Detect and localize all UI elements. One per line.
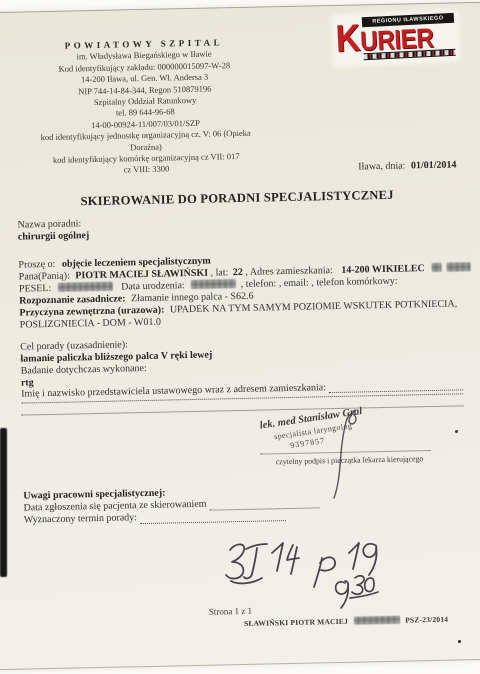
- hospital-letterhead: POWIATOWY SZPITAL im. Władysława Biegańs…: [4, 36, 287, 179]
- scan-speck: [458, 640, 461, 643]
- redacted-pesel: [58, 282, 113, 292]
- request-label: Proszę o:: [18, 259, 55, 271]
- dotted-line: [140, 511, 286, 524]
- place-label: Iława, dnia:: [358, 160, 405, 172]
- scanned-referral-sheet: POWIATOWY SZPITAL im. Władysława Biegańs…: [0, 2, 480, 670]
- scan-speck: [455, 430, 458, 433]
- doctor-stamp: lek. med Stanisław Gral specjalista lary…: [260, 417, 439, 466]
- logo-wordmark: KURIER: [335, 14, 435, 64]
- redacted-footer-id: [354, 616, 400, 625]
- footer-document-number: PSZ-23/2014: [405, 615, 448, 625]
- clinic-section: Nazwa poradni: chirurgii ogólnej: [18, 218, 90, 243]
- contact-labels: , telefon: , email: , telefon komórkowy:: [241, 276, 398, 290]
- page-number: Strona 1 z 1: [209, 606, 252, 617]
- redacted-address-part: [447, 262, 471, 272]
- patient-data-block: Proszę o: objęcie leczeniem specjalistyc…: [18, 250, 477, 332]
- footer-patient-line: SŁAWIŃSKI PIOTR MACIEJ PSZ-23/2014: [244, 615, 448, 628]
- clinic-value: chirurgii ogólnej: [18, 230, 90, 243]
- age-value: 22: [233, 267, 243, 278]
- address-value: 14-200 WIKIELEC: [341, 263, 425, 276]
- patient-label: Pana(Panią):: [19, 271, 70, 283]
- birth-date-label: Data urodzenia:: [121, 280, 185, 292]
- diagnosis-label: Rozpoznanie zasadnicze:: [19, 293, 126, 306]
- kurier-logo: REGIONU IŁAWSKIEGO KURIER: [335, 13, 457, 64]
- place-date-line: Iława, dnia: 01/01/2014: [358, 159, 456, 172]
- pesel-label: PESEL:: [19, 283, 51, 295]
- appointment-label: Wyznaczony termin porady:: [24, 512, 137, 526]
- dotted-line: [329, 380, 463, 393]
- age-label: , lat:: [210, 267, 228, 278]
- redacted-address-part: [431, 263, 441, 272]
- remarks-section: Uwagi pracowni specjalistycznej: Data zg…: [23, 482, 454, 527]
- document-title: SKIEROWANIE DO PORADNI SPECJALISTYCZNEJ: [0, 186, 480, 211]
- scanner-edge-artifact: [0, 428, 7, 577]
- redacted-birth-date: [191, 279, 236, 289]
- footer-patient-name: SŁAWIŃSKI PIOTR MACIEJ: [244, 617, 348, 628]
- stamp-caption: czytelny podpis i pieczątka lekarza kier…: [261, 453, 439, 466]
- address-label: , Adres zamieszkania:: [245, 265, 333, 278]
- issue-date: 01/01/2014: [411, 159, 457, 171]
